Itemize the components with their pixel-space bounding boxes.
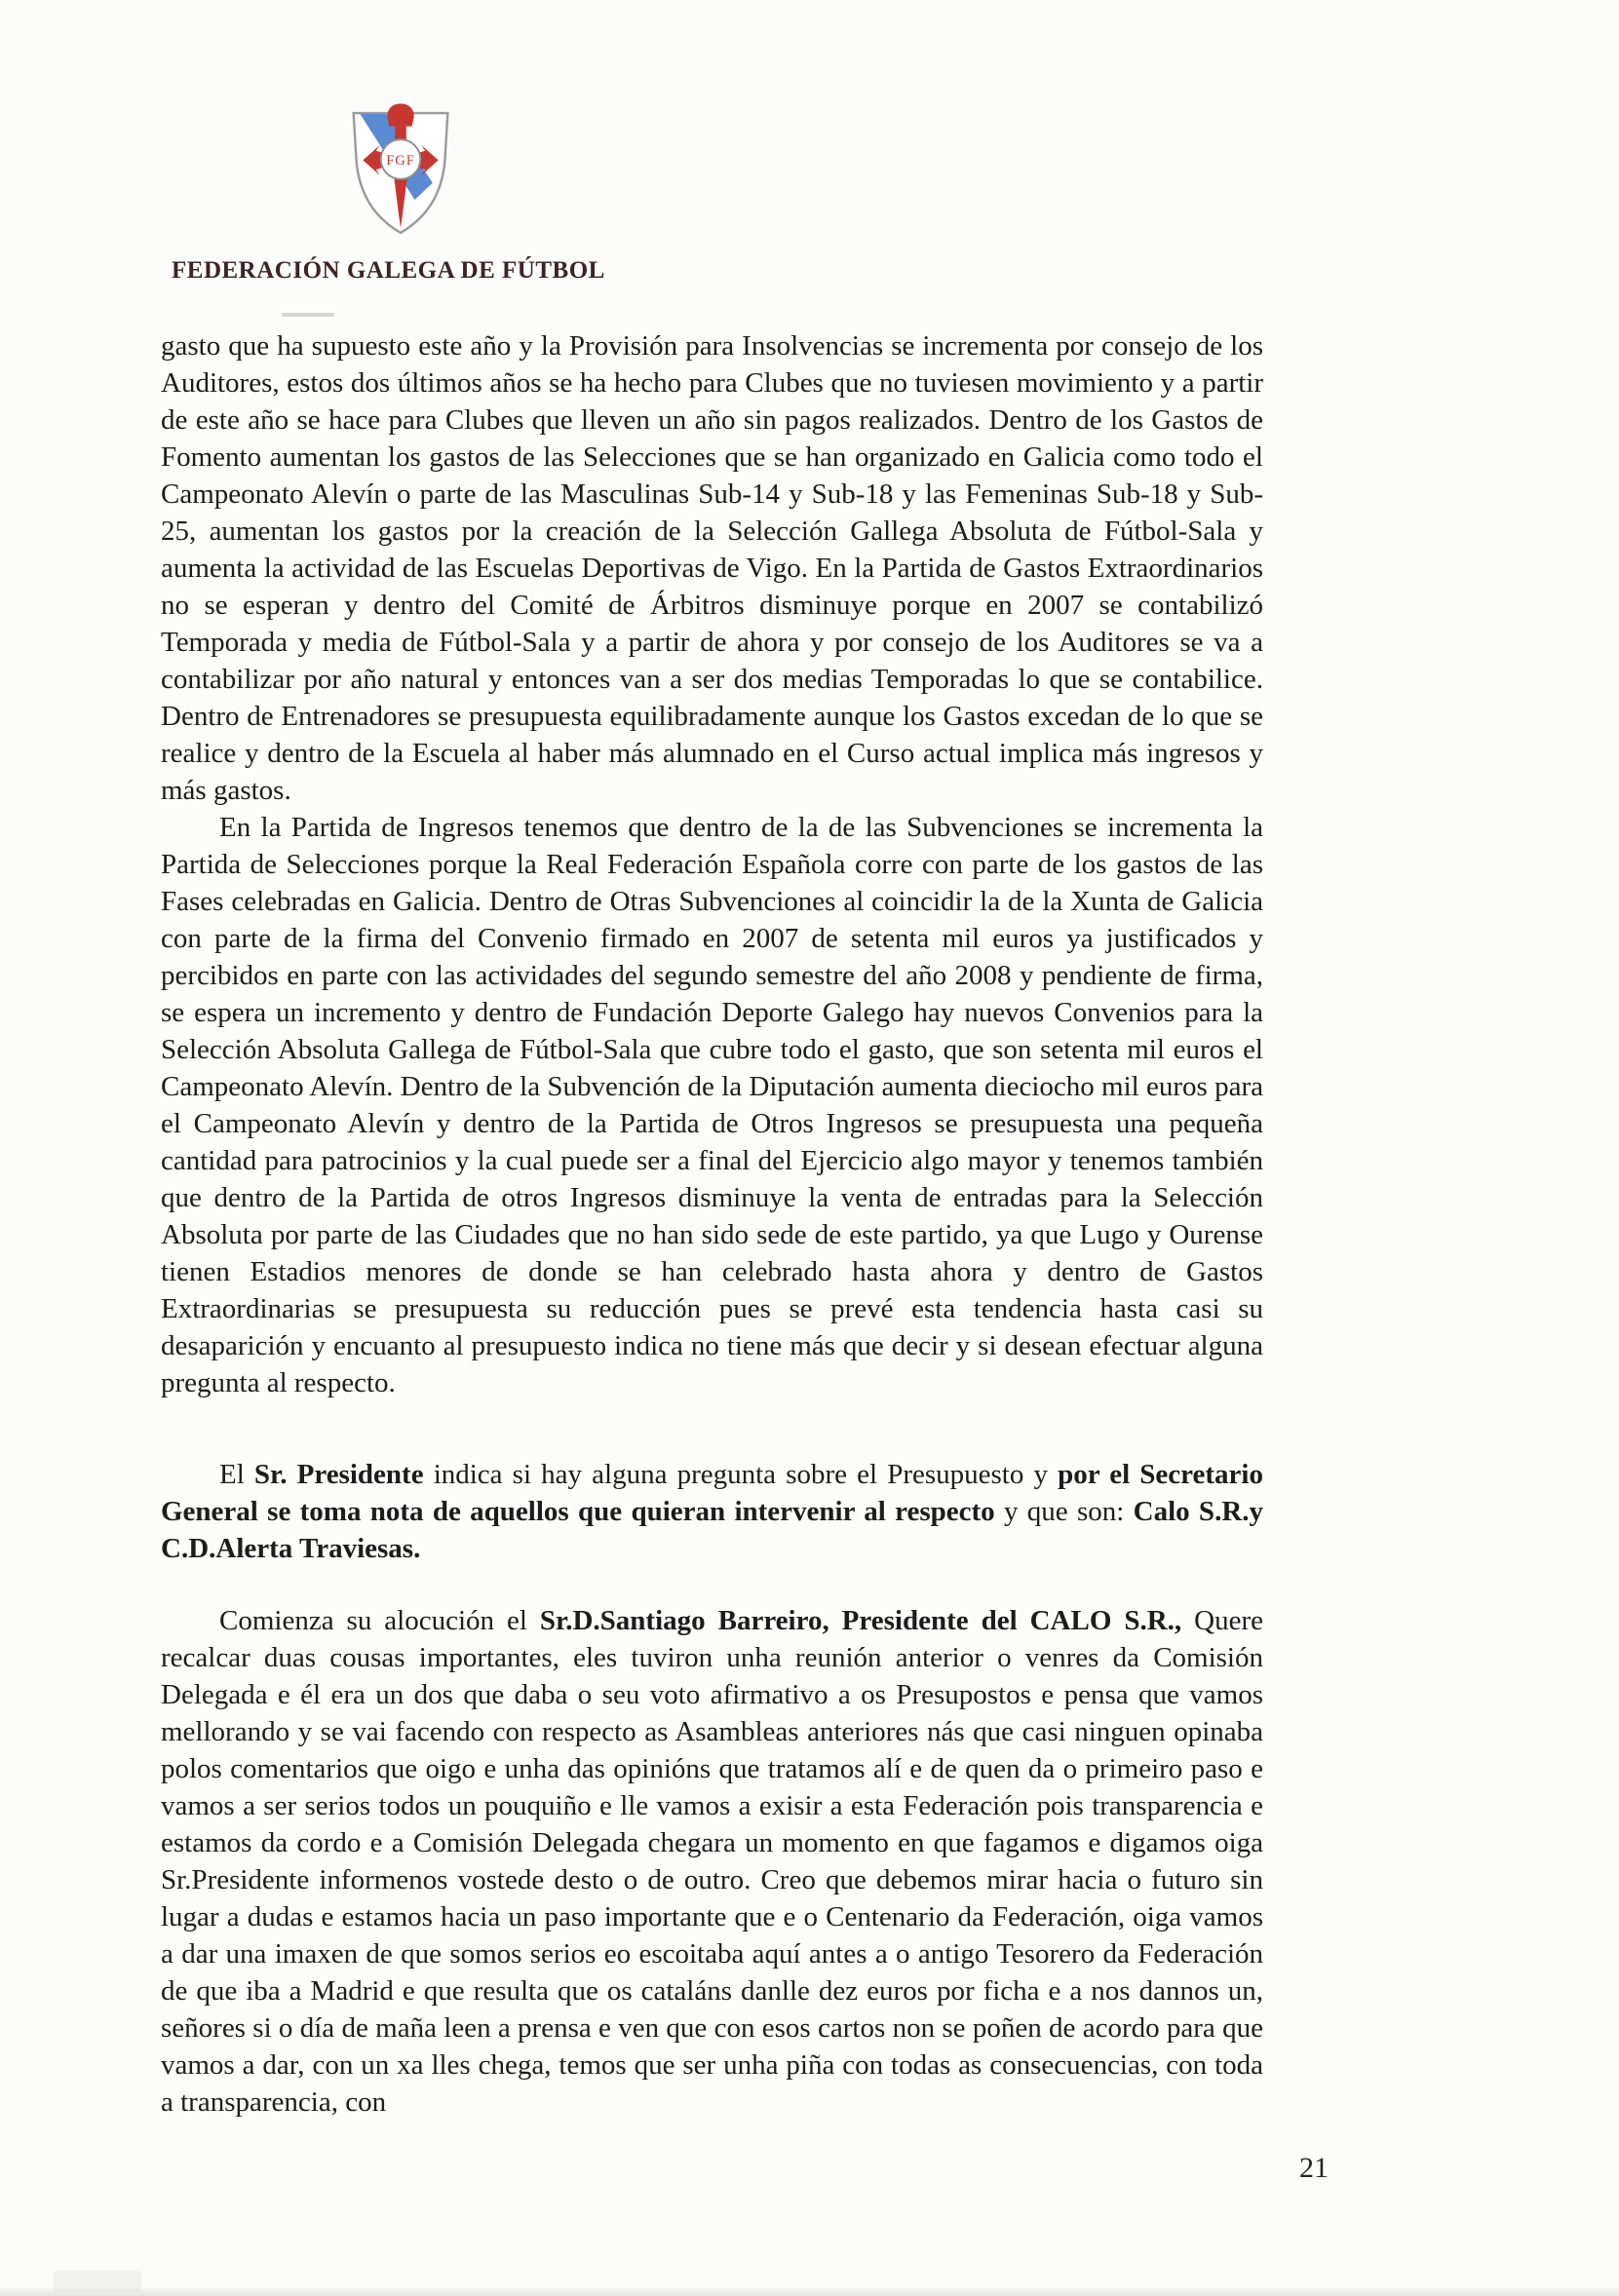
text-run: Comienza su alocución el <box>219 1605 540 1636</box>
document-page: FGF FEDERACIÓN GALEGA DE FÚTBOL gasto qu… <box>0 0 1619 2296</box>
scan-dash-artifact <box>282 313 334 317</box>
bold-text-run: Sr.D.Santiago Barreiro, Presidente del C… <box>540 1605 1181 1636</box>
paragraph: Comienza su alocución el Sr.D.Santiago B… <box>161 1602 1263 2121</box>
paragraph: gasto que ha supuesto este año y la Prov… <box>161 327 1263 809</box>
paragraph: En la Partida de Ingresos tenemos que de… <box>161 809 1263 1401</box>
monogram-text: FGF <box>386 153 415 169</box>
scan-edge-shadow <box>0 2286 1619 2296</box>
text-run: Quere recalcar duas cousas importantes, … <box>161 1605 1263 2118</box>
document-body: gasto que ha supuesto este año y la Prov… <box>161 327 1263 2121</box>
text-run: En la Partida de Ingresos tenemos que de… <box>161 812 1263 1398</box>
bold-text-run: Sr. Presidente <box>254 1459 424 1490</box>
fgf-crest-icon: FGF <box>344 94 457 248</box>
paragraph: El Sr. Presidente indica si hay alguna p… <box>161 1456 1263 1567</box>
fgf-crest-logo: FGF <box>344 94 457 248</box>
page-title: FEDERACIÓN GALEGA DE FÚTBOL <box>172 257 756 285</box>
text-run: y que son: <box>995 1496 1134 1527</box>
page-number: 21 <box>1299 2152 1329 2185</box>
text-run: gasto que ha supuesto este año y la Prov… <box>161 330 1263 806</box>
text-run: indica si hay alguna pregunta sobre el P… <box>424 1459 1059 1490</box>
text-run: El <box>219 1459 254 1490</box>
